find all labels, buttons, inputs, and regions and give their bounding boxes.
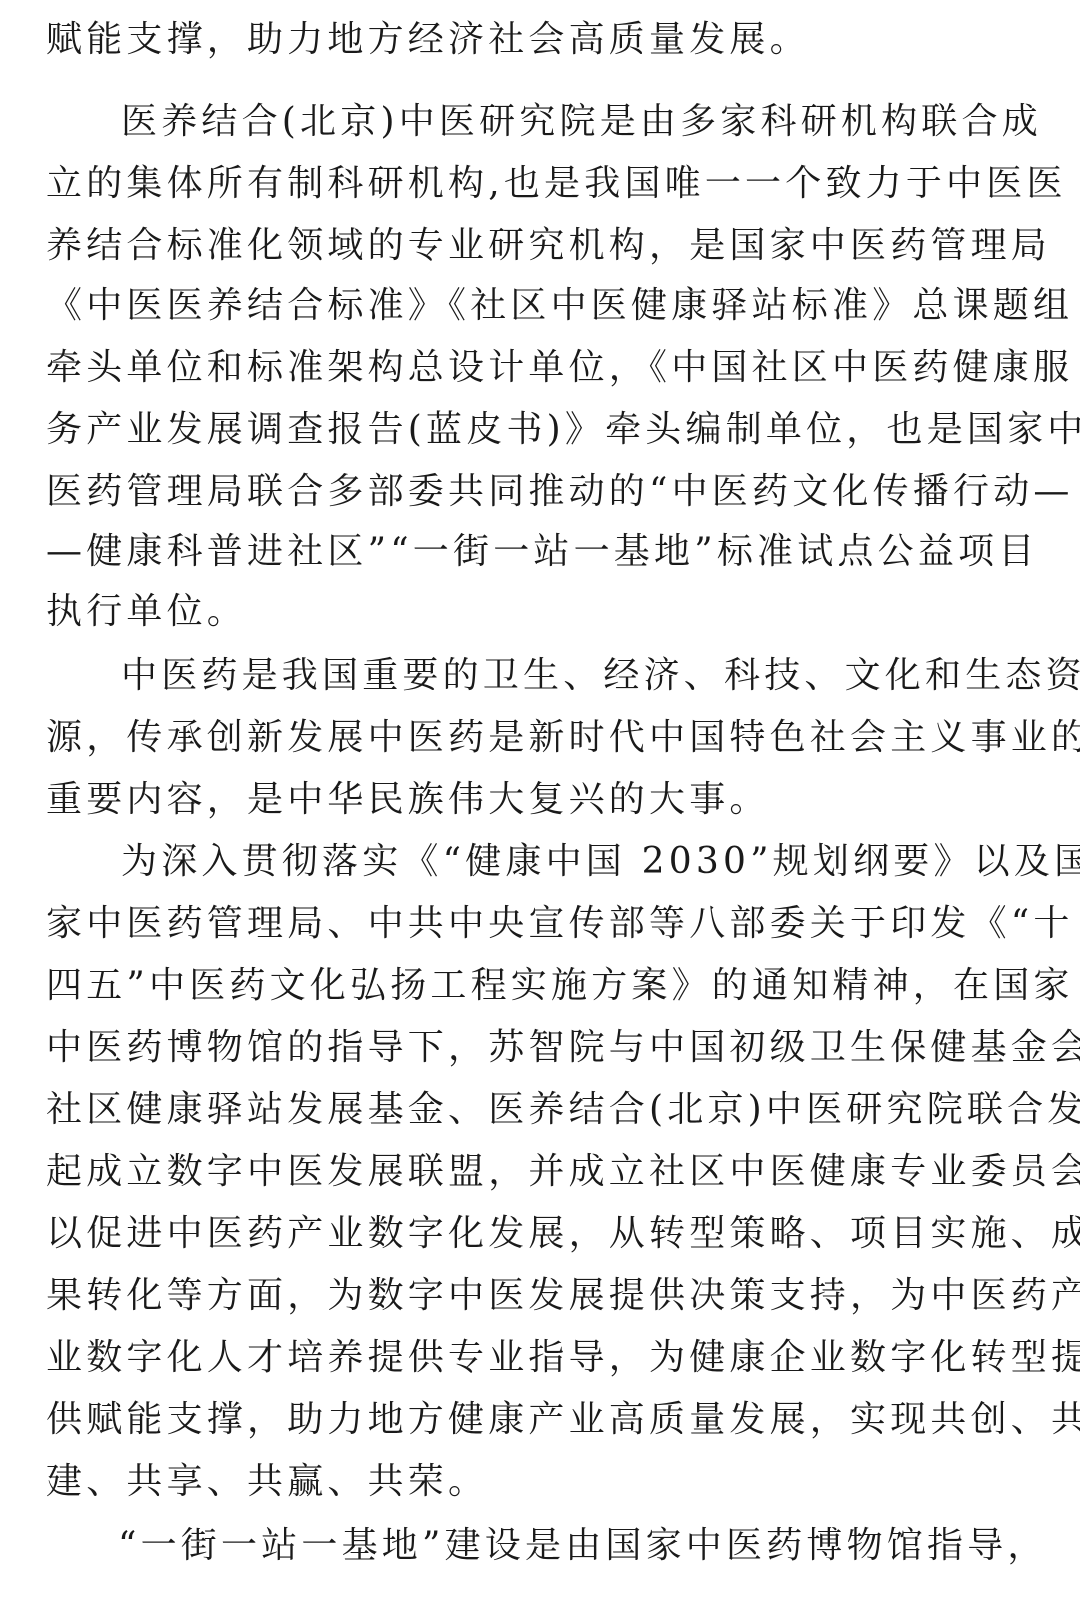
paragraph-line: 执行单位。 [46, 590, 247, 634]
paragraph-line: 立的集体所有制科研机构,也是我国唯一一个致力于中医医 [46, 162, 1067, 206]
paragraph-line: 医养结合(北京)中医研究院是由多家科研机构联合成 [121, 100, 1042, 144]
paragraph-line: 医药管理局联合多部委共同推动的“中医药文化传播行动— [46, 470, 1074, 514]
paragraph-line: 源，传承创新发展中医药是新时代中国特色社会主义事业的 [46, 716, 1080, 760]
paragraph-line: 果转化等方面，为数字中医发展提供决策支持，为中医药产 [46, 1274, 1080, 1318]
paragraph-line: 以促进中医药产业数字化发展，从转型策略、项目实施、成 [46, 1212, 1080, 1256]
paragraph-line: 社区健康驿站发展基金、医养结合(北京)中医研究院联合发 [46, 1088, 1080, 1132]
paragraph-line: 四五”中医药文化弘扬工程实施方案》的通知精神，在国家 [46, 964, 1074, 1008]
paragraph-line: 起成立数字中医发展联盟，并成立社区中医健康专业委员会, [46, 1150, 1080, 1194]
paragraph-line: 业数字化人才培养提供专业指导，为健康企业数字化转型提 [46, 1336, 1080, 1380]
paragraph-line: 为深入贯彻落实《“健康中国 2030”规划纲要》以及国 [121, 840, 1080, 884]
paragraph-line: 牵头单位和标准架构总设计单位，《中国社区中医药健康服 [46, 346, 1073, 390]
paragraph-line: 赋能支撑，助力地方经济社会高质量发展。 [46, 18, 810, 62]
document-page: 赋能支撑，助力地方经济社会高质量发展。 医养结合(北京)中医研究院是由多家科研机… [0, 0, 1080, 1601]
paragraph-line: “一街一站一基地”建设是由国家中医药博物馆指导， [118, 1524, 1048, 1568]
paragraph-line: 务产业发展调查报告(蓝皮书)》牵头编制单位，也是国家中 [46, 408, 1080, 452]
paragraph-line: 建、共享、共赢、共荣。 [46, 1460, 488, 1504]
paragraph-line: 中医药是我国重要的卫生、经济、科技、文化和生态资 [121, 654, 1080, 698]
paragraph-line: 《中医医养结合标准》《社区中医健康驿站标准》总课题组 [46, 284, 1073, 328]
paragraph-line: 中医药博物馆的指导下，苏智院与中国初级卫生保健基金会 [46, 1026, 1080, 1070]
paragraph-line: 养结合标准化领域的专业研究机构，是国家中医药管理局 [46, 224, 1051, 268]
paragraph-line: 家中医药管理局、中共中央宣传部等八部委关于印发《“十 [46, 902, 1074, 946]
paragraph-line: 重要内容，是中华民族伟大复兴的大事。 [46, 778, 770, 822]
paragraph-line: 供赋能支撑，助力地方健康产业高质量发展，实现共创、共 [46, 1398, 1080, 1442]
paragraph-line: —健康科普进社区”“一街一站一基地”标准试点公益项目 [46, 530, 1038, 574]
